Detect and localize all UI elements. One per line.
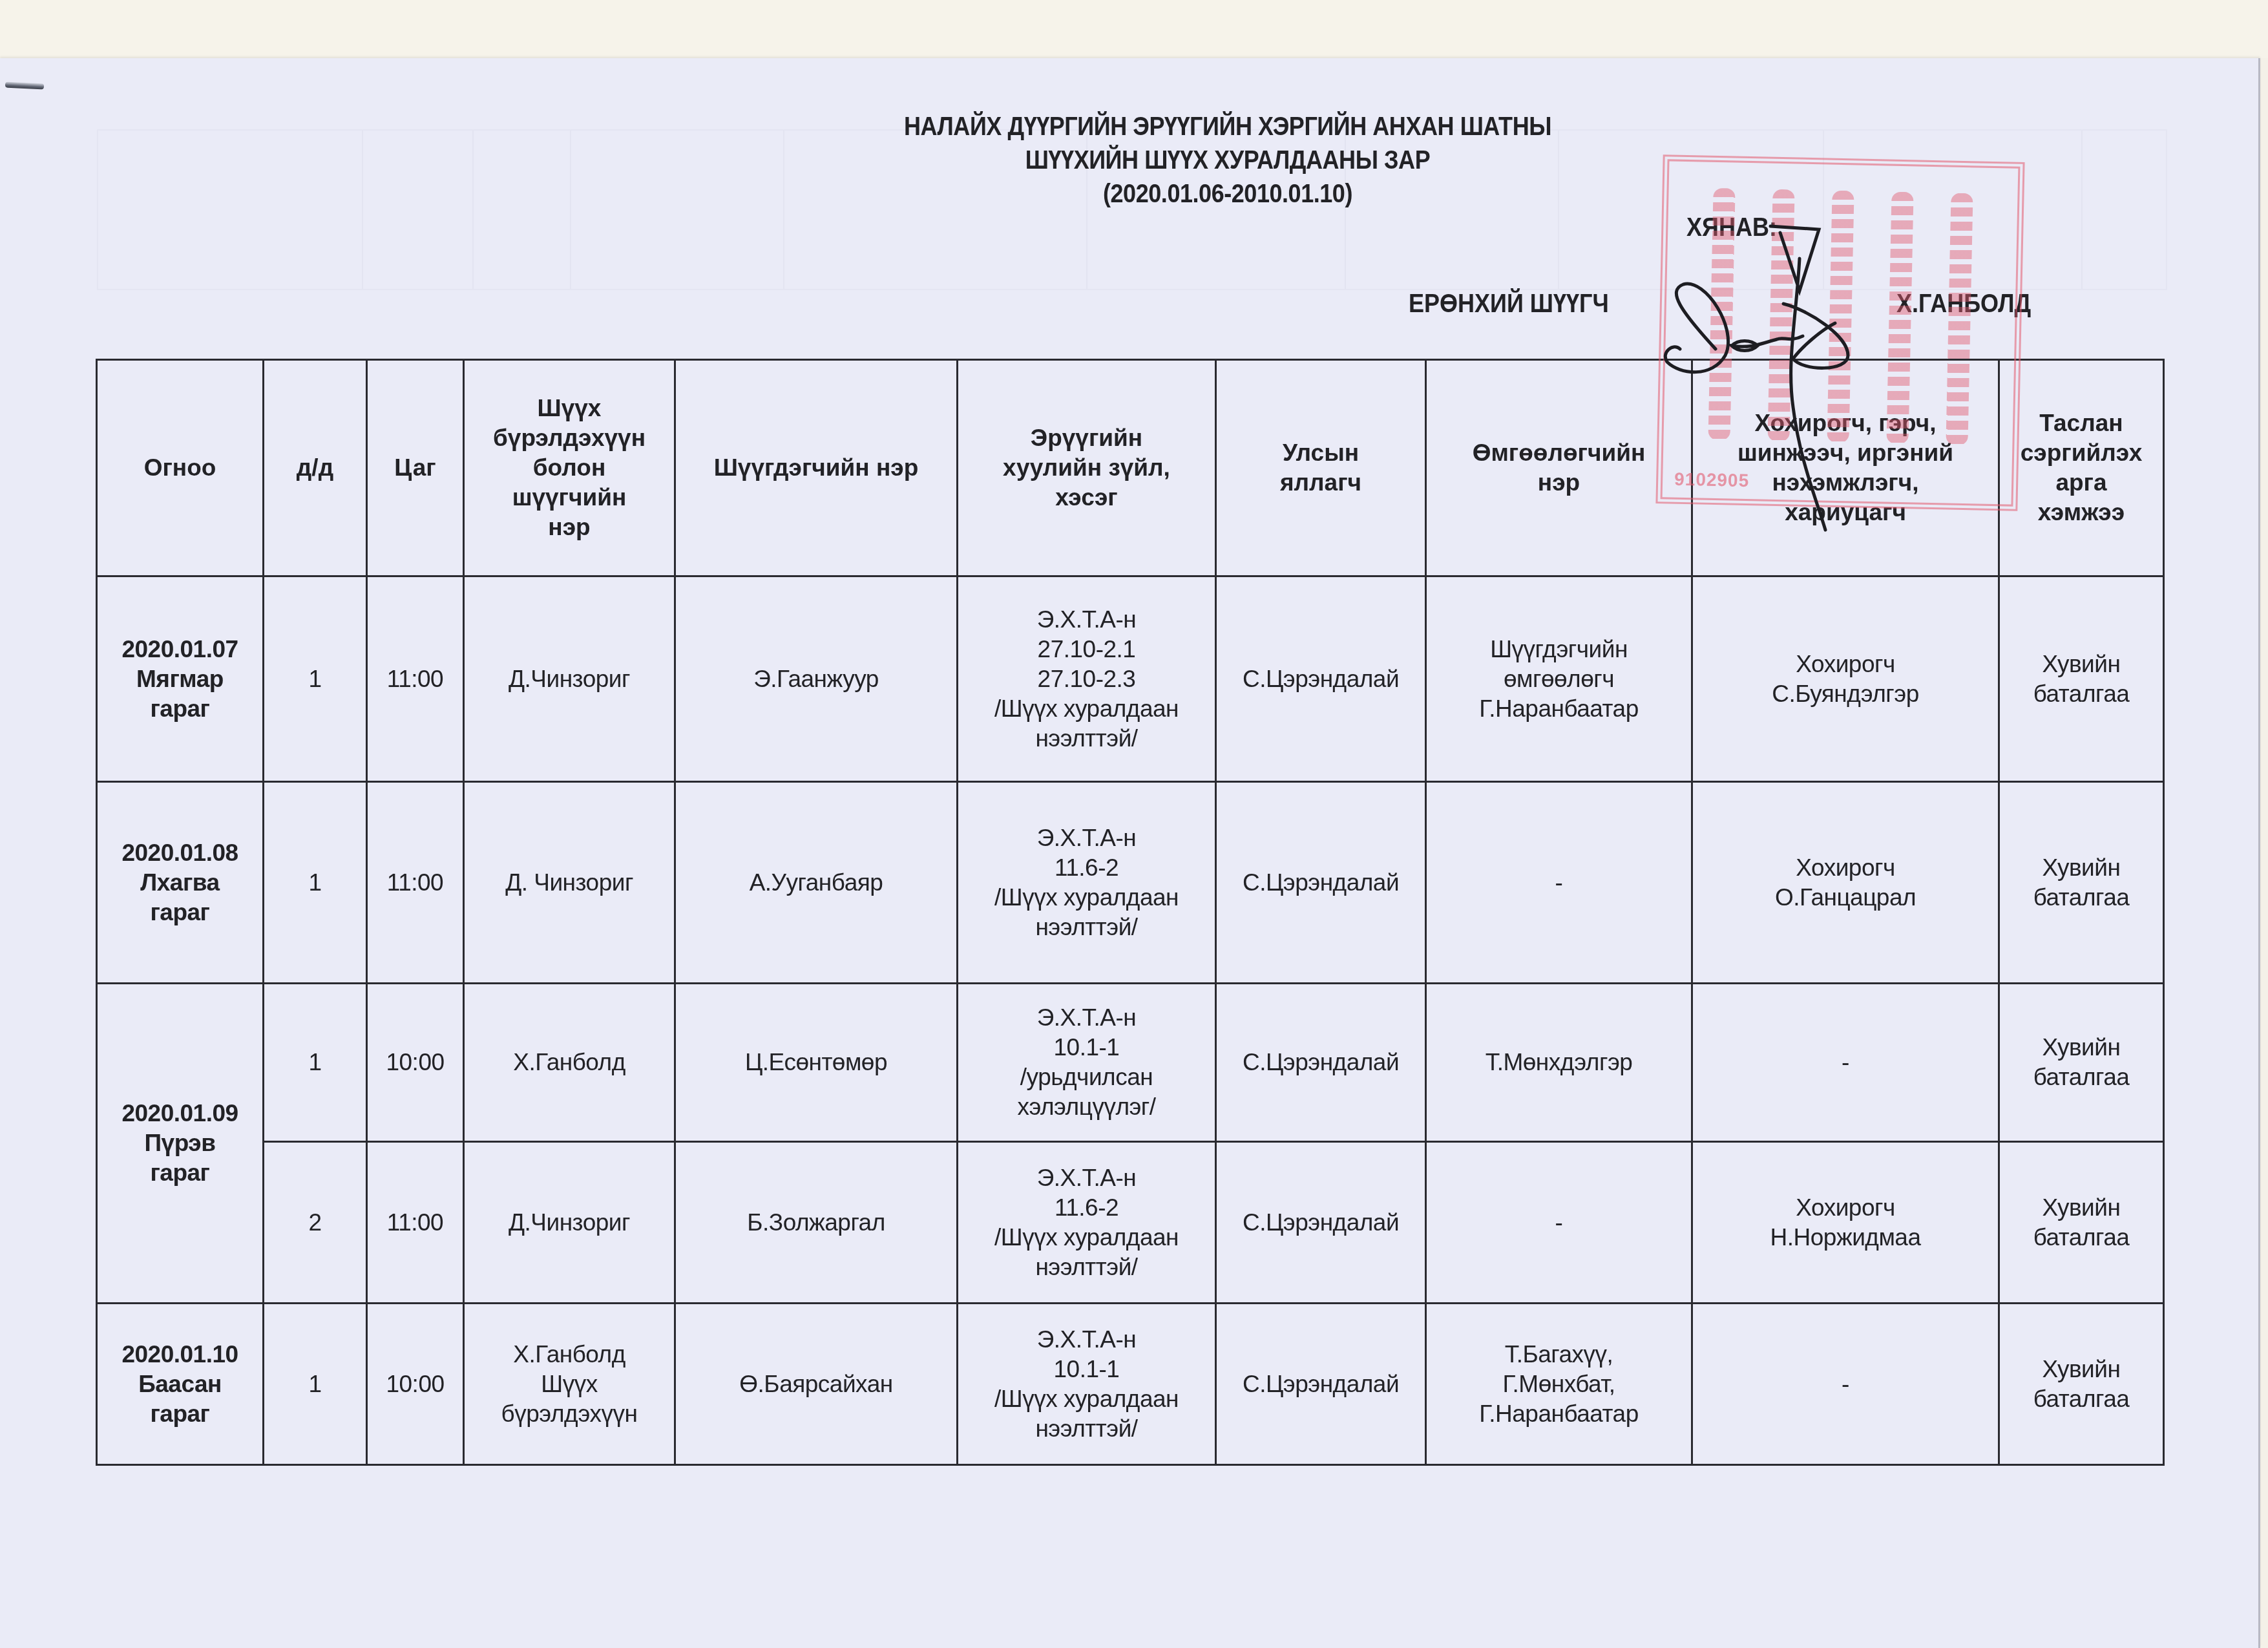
header-text: Шүүх [471,394,667,423]
cell-text: 11.6-2 [965,853,1208,883]
column-header-time: Цаг [367,360,464,576]
header-text: хуулийн зүйл, [965,453,1208,483]
defense-cell: Т.Мөнхдэлгэр [1426,984,1692,1142]
time-cell: 10:00 [367,1304,464,1465]
weekday: гараг [104,694,256,724]
column-header-criminal-code-article: Эрүүгийнхуулийн зүйл,хэсэг [958,360,1216,576]
cell-text: Н.Норжидмаа [1699,1223,1991,1252]
column-header-prosecutor: Улсыняллагч [1216,360,1426,576]
header-text: яллагч [1223,468,1418,498]
prosecutor-cell: С.Цэрэндалай [1216,782,1426,984]
table-row: 2020.01.08Лхагвагараг111:00Д. ЧинзоригА.… [97,782,2164,984]
row-number-cell: 1 [264,576,367,782]
victim-cell: - [1692,1304,1999,1465]
defense-cell: - [1426,782,1692,984]
article-cell: Э.Х.Т.А-н27.10-2.127.10-2.3/Шүүх хуралда… [958,576,1216,782]
cell-text: Э.Х.Т.А-н [965,823,1208,853]
cell-text: Г.Наранбаатар [1433,1399,1685,1429]
defense-cell: Т.Багахүү,Г.Мөнхбат,Г.Наранбаатар [1426,1304,1692,1465]
cell-text: /Шүүх хуралдаан [965,694,1208,724]
header-text: бүрэлдэхүүн [471,423,667,453]
cell-text: Шүүгдэгчийн [1433,635,1685,664]
header-text: Таслан [2006,408,2156,438]
header-text: сэргийлэх [2006,438,2156,468]
column-header-defense-lawyer: Өмгөөлөгчийннэр [1426,360,1692,576]
cell-text: С.Буяндэлгэр [1699,679,1991,709]
row-number-cell: 1 [264,1304,367,1465]
cell-text: баталгаа [2006,883,2156,913]
cell-text: Шүүх [471,1369,667,1399]
header-text: арга [2006,468,2156,498]
cell-text: /Шүүх хуралдаан [965,1384,1208,1414]
cell-text: С.Цэрэндалай [1223,1369,1418,1399]
cell-text: нээлттэй/ [965,913,1208,942]
table-row: 2020.01.10Баасангараг110:00Х.ГанболдШүүх… [97,1304,2164,1465]
prosecutor-cell: С.Цэрэндалай [1216,1142,1426,1304]
weekday: Лхагва [104,868,256,898]
header-text: Шүүгдэгчийн нэр [682,453,950,483]
header-text: шүүгчийн [471,483,667,512]
cell-text: - [1433,868,1685,898]
cell-text: баталгаа [2006,1223,2156,1252]
header-text: хэсэг [965,483,1208,512]
victim-cell: ХохирогчО.Ганцацрал [1692,782,1999,984]
header-text: хариуцагч [1699,498,1991,527]
cell-text: Т.Мөнхдэлгэр [1433,1048,1685,1077]
date-cell: 2020.01.09Пүрэвгараг [97,984,264,1304]
defendant-cell: А.Ууганбаяр [675,782,958,984]
defendant-cell: Ө.Баярсайхан [675,1304,958,1465]
article-cell: Э.Х.Т.А-н11.6-2/Шүүх хуралдааннээлттэй/ [958,1142,1216,1304]
cell-text: Хувийн [2006,1355,2156,1384]
cell-text: нээлттэй/ [965,1414,1208,1444]
cell-text: нээлттэй/ [965,724,1208,754]
victim-cell: ХохирогчН.Норжидмаа [1692,1142,1999,1304]
hearing-date: 2020.01.08 [104,838,256,868]
cell-text: Т.Багахүү, [1433,1340,1685,1369]
scanner-bed-strip [0,0,2268,58]
prosecutor-cell: С.Цэрэндалай [1216,1304,1426,1465]
header-text: болон [471,453,667,483]
header-text: Огноо [104,453,256,483]
weekday: гараг [104,898,256,927]
date-cell: 2020.01.07Мягмаргараг [97,576,264,782]
article-cell: Э.Х.Т.А-н10.1-1/Шүүх хуралдааннээлттэй/ [958,1304,1216,1465]
approval-label: ХЯНАВ: [1686,213,1777,242]
cell-text: - [1699,1048,1991,1077]
cell-text: Д.Чинзориг [471,664,667,694]
header-text: д/д [271,453,359,483]
title-line-2: ШҮҮХИЙН ШҮҮХ ХУРАЛДААНЫ ЗАР [733,143,1722,177]
signatory-role: ЕРӨНХИЙ ШҮҮГЧ [1409,290,1609,319]
time-cell: 11:00 [367,782,464,984]
column-header-preventive-measure: Таслансэргийлэхаргахэмжээ [1999,360,2164,576]
cell-text: Э.Х.Т.А-н [965,1163,1208,1193]
cell-text: Хувийн [2006,1193,2156,1223]
cell-text: /урьдчилсан [965,1062,1208,1092]
cell-text: А.Ууганбаяр [682,868,950,898]
measure-cell: Хувийнбаталгаа [1999,984,2164,1142]
cell-text: баталгаа [2006,1384,2156,1414]
weekday: Пүрэв [104,1128,256,1158]
cell-text: өмгөөлөгч [1433,664,1685,694]
weekday: гараг [104,1399,256,1429]
cell-text: Д.Чинзориг [471,1208,667,1238]
table-row: 211:00Д.ЧинзоригБ.ЗолжаргалЭ.Х.Т.А-н11.6… [97,1142,2164,1304]
hearing-date: 2020.01.09 [104,1099,256,1128]
cell-text: Ц.Есөнтөмөр [682,1048,950,1077]
column-header-date: Огноо [97,360,264,576]
cell-text: баталгаа [2006,679,2156,709]
header-text: Улсын [1223,438,1418,468]
table-row: 2020.01.09Пүрэвгараг110:00Х.ГанболдЦ.Есө… [97,984,2164,1142]
defense-cell: ШүүгдэгчийнөмгөөлөгчГ.Наранбаатар [1426,576,1692,782]
cell-text: нээлттэй/ [965,1252,1208,1282]
article-cell: Э.Х.Т.А-н10.1-1/урьдчилсанхэлэлцүүлэг/ [958,984,1216,1142]
weekday: Мягмар [104,664,256,694]
victim-cell: ХохирогчС.Буяндэлгэр [1692,576,1999,782]
column-header-number: д/д [264,360,367,576]
cell-text: баталгаа [2006,1062,2156,1092]
judge-cell: Д.Чинзориг [464,576,675,782]
defendant-cell: Э.Гаанжуур [675,576,958,782]
weekday: гараг [104,1158,256,1188]
date-cell: 2020.01.08Лхагвагараг [97,782,264,984]
cell-text: Хохирогч [1699,650,1991,679]
cell-text: Э.Гаанжуур [682,664,950,694]
table-row: 2020.01.07Мягмаргараг111:00Д.ЧинзоригЭ.Г… [97,576,2164,782]
cell-text: С.Цэрэндалай [1223,1208,1418,1238]
measure-cell: Хувийнбаталгаа [1999,782,2164,984]
cell-text: 27.10-2.1 [965,635,1208,664]
time-cell: 11:00 [367,1142,464,1304]
weekday: Баасан [104,1369,256,1399]
measure-cell: Хувийнбаталгаа [1999,1142,2164,1304]
hearing-date: 2020.01.10 [104,1340,256,1369]
cell-text: /Шүүх хуралдаан [965,1223,1208,1252]
cell-text: Б.Золжаргал [682,1208,950,1238]
judge-cell: Х.Ганболд [464,984,675,1142]
cell-text: /Шүүх хуралдаан [965,883,1208,913]
cell-text: 10.1-1 [965,1033,1208,1062]
defendant-cell: Ц.Есөнтөмөр [675,984,958,1142]
header-text: нэр [471,512,667,542]
date-cell: 2020.01.10Баасангараг [97,1304,264,1465]
victim-cell: - [1692,984,1999,1142]
column-header-victim-witness: Хохирогч, гэрч,шинжээч, иргэнийнэхэмжлэг… [1692,360,1999,576]
header-text: нэр [1433,468,1685,498]
row-number-cell: 1 [264,984,367,1142]
measure-cell: Хувийнбаталгаа [1999,1304,2164,1465]
row-number-cell: 2 [264,1142,367,1304]
cell-text: С.Цэрэндалай [1223,1048,1418,1077]
cell-text: Хувийн [2006,650,2156,679]
defense-cell: - [1426,1142,1692,1304]
cell-text: Х.Ганболд [471,1048,667,1077]
header-text: Эрүүгийн [965,423,1208,453]
header-text: Өмгөөлөгчийн [1433,438,1685,468]
cell-text: - [1433,1208,1685,1238]
cell-text: Э.Х.Т.А-н [965,605,1208,635]
cell-text: Г.Мөнхбат, [1433,1369,1685,1399]
cell-text: Г.Наранбаатар [1433,694,1685,724]
cell-text: Э.Х.Т.А-н [965,1003,1208,1033]
court-schedule-table: Огноод/дЦагШүүхбүрэлдэхүүнболоншүүгчийнн… [96,359,2165,1466]
cell-text: 10.1-1 [965,1355,1208,1384]
defendant-cell: Б.Золжаргал [675,1142,958,1304]
column-header-court-judge: Шүүхбүрэлдэхүүнболоншүүгчийннэр [464,360,675,576]
cell-text: 27.10-2.3 [965,664,1208,694]
document-title: НАЛАЙХ ДҮҮРГИЙН ЭРҮҮГИЙН ХЭРГИЙН АНХАН Ш… [733,110,1722,211]
article-cell: Э.Х.Т.А-н11.6-2/Шүүх хуралдааннээлттэй/ [958,782,1216,984]
header-text: Хохирогч, гэрч, [1699,408,1991,438]
cell-text: Хувийн [2006,1033,2156,1062]
prosecutor-cell: С.Цэрэндалай [1216,984,1426,1142]
judge-cell: Д. Чинзориг [464,782,675,984]
time-cell: 11:00 [367,576,464,782]
row-number-cell: 1 [264,782,367,984]
measure-cell: Хувийнбаталгаа [1999,576,2164,782]
table-header-row: Огноод/дЦагШүүхбүрэлдэхүүнболоншүүгчийнн… [97,360,2164,576]
signatory-name: Х.ГАНБОЛД [1896,290,2031,319]
judge-cell: Д.Чинзориг [464,1142,675,1304]
header-text: Цаг [374,453,456,483]
cell-text: С.Цэрэндалай [1223,868,1418,898]
title-line-1: НАЛАЙХ ДҮҮРГИЙН ЭРҮҮГИЙН ХЭРГИЙН АНХАН Ш… [733,110,1722,143]
column-header-defendant: Шүүгдэгчийн нэр [675,360,958,576]
header-text: шинжээч, иргэний [1699,438,1991,468]
header-text: нэхэмжлэгч, [1699,468,1991,498]
hearing-date: 2020.01.07 [104,635,256,664]
prosecutor-cell: С.Цэрэндалай [1216,576,1426,782]
cell-text: Хохирогч [1699,853,1991,883]
time-cell: 10:00 [367,984,464,1142]
cell-text: Д. Чинзориг [471,868,667,898]
cell-text: С.Цэрэндалай [1223,664,1418,694]
cell-text: Э.Х.Т.А-н [965,1325,1208,1355]
cell-text: Хохирогч [1699,1193,1991,1223]
cell-text: - [1699,1369,1991,1399]
cell-text: хэлэлцүүлэг/ [965,1092,1208,1122]
cell-text: Ө.Баярсайхан [682,1369,950,1399]
cell-text: 11.6-2 [965,1193,1208,1223]
cell-text: О.Ганцацрал [1699,883,1991,913]
judge-cell: Х.ГанболдШүүхбүрэлдэхүүн [464,1304,675,1465]
header-text: хэмжээ [2006,498,2156,527]
cell-text: Хувийн [2006,853,2156,883]
cell-text: Х.Ганболд [471,1340,667,1369]
cell-text: бүрэлдэхүүн [471,1399,667,1429]
title-date-range: (2020.01.06-2010.01.10) [733,177,1722,211]
